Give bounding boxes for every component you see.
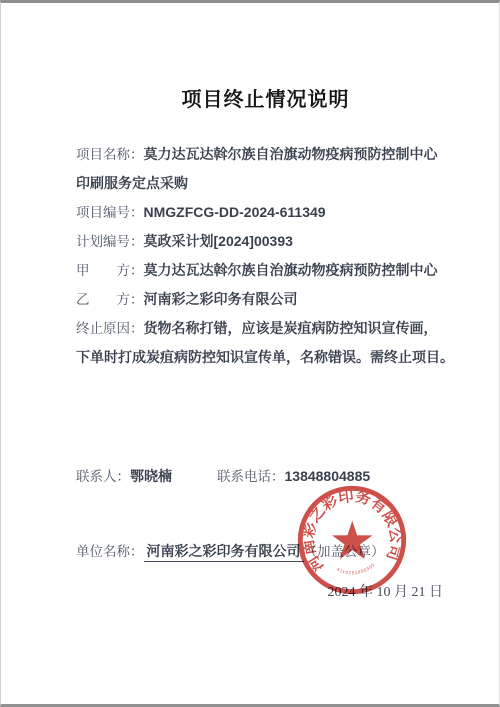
field-party-b: 乙 方：河南彩之彩印务有限公司 — [76, 285, 455, 314]
contact-name: 鄂晓楠 — [130, 468, 172, 484]
field-termination-reason: 终止原因：货物名称打错，应该是炭疽病防控知识宣传画， 下单时打成炭疽病防控知识宣… — [76, 314, 455, 372]
phone-group: 联系电话：13848804885 — [217, 469, 370, 484]
field-plan-number: 计划编号：莫政采计划[2024]00393 — [76, 227, 455, 256]
seal-note: （加盖公章） — [304, 544, 385, 559]
field-label: 终止原因： — [76, 321, 144, 336]
field-value: 莫力达瓦达斡尔族自治旗动物疫病预防控制中心 — [144, 262, 438, 278]
phone-label: 联系电话： — [217, 469, 285, 484]
contact-label: 联系人： — [76, 469, 130, 484]
unit-name: 河南彩之彩印务有限公司 — [144, 543, 304, 562]
field-label: 计划编号： — [76, 234, 144, 249]
contact-row: 联系人：鄂晓楠联系电话：13848804885 — [76, 462, 455, 491]
unit-row: 单位名称：河南彩之彩印务有限公司（加盖公章） — [76, 537, 455, 566]
field-label: 甲 方： — [76, 263, 144, 278]
field-project-name: 项目名称：莫力达瓦达斡尔族自治旗动物疫病预防控制中心 印刷服务定点采购 — [76, 140, 455, 198]
field-party-a: 甲 方：莫力达瓦达斡尔族自治旗动物疫病预防控制中心 — [76, 256, 455, 285]
field-label: 乙 方： — [76, 292, 144, 307]
unit-label: 单位名称： — [76, 544, 144, 559]
page-title: 项目终止情况说明 — [76, 87, 455, 113]
fields-section: 项目名称：莫力达瓦达斡尔族自治旗动物疫病预防控制中心 印刷服务定点采购 项目编号… — [76, 140, 455, 372]
field-project-number: 项目编号：NMGZFCG-DD-2024-611349 — [76, 198, 455, 227]
field-label: 项目编号： — [76, 205, 144, 220]
document-page: 项目终止情况说明 项目名称：莫力达瓦达斡尔族自治旗动物疫病预防控制中心 印刷服务… — [0, 0, 500, 707]
field-value: 莫政采计划[2024]00393 — [144, 233, 293, 249]
phone-value: 13848804885 — [285, 468, 371, 484]
field-value: 河南彩之彩印务有限公司 — [144, 291, 298, 307]
date-text: 2024 年 10 月 21 日 — [76, 579, 443, 607]
field-value: NMGZFCG-DD-2024-611349 — [144, 204, 326, 220]
document-body: 项目终止情况说明 项目名称：莫力达瓦达斡尔族自治旗动物疫病预防控制中心 印刷服务… — [1, 87, 499, 607]
field-label: 项目名称： — [76, 147, 144, 162]
